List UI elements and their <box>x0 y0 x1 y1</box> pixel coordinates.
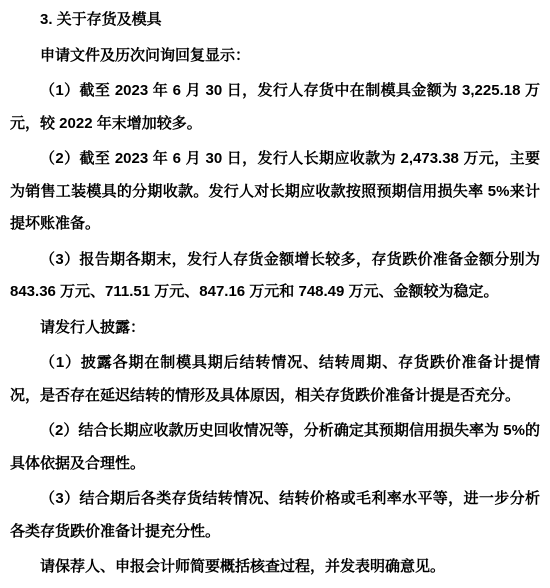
closing-line: 请保荐人、申报会计师简要概括核查过程，并发表明确意见。 <box>10 551 540 584</box>
document-page: 3. 关于存货及模具 申请文件及历次问询回复显示： （1）截至 2023 年 6… <box>0 0 550 588</box>
background-item-3: （3）报告期各期末，发行人存货金额增长较多，存货跌价准备金额分别为 843.36… <box>10 244 540 309</box>
section-heading: 3. 关于存货及模具 <box>10 4 540 37</box>
disclosure-item-3: （3）结合期后各类存货结转情况、结转价格或毛利率水平等，进一步分析各类存货跌价准… <box>10 483 540 548</box>
disclosure-heading: 请发行人披露： <box>10 312 540 345</box>
background-item-2: （2）截至 2023 年 6 月 30 日，发行人长期应收款为 2,473.38… <box>10 143 540 241</box>
background-item-1: （1）截至 2023 年 6 月 30 日，发行人存货中在制模具金额为 3,22… <box>10 75 540 140</box>
intro-line: 申请文件及历次问询回复显示： <box>10 40 540 73</box>
disclosure-item-2: （2）结合长期应收款历史回收情况等，分析确定其预期信用损失率为 5%的具体依据及… <box>10 415 540 480</box>
disclosure-item-1: （1）披露各期在制模具期后结转情况、结转周期、存货跌价准备计提情况，是否存在延迟… <box>10 347 540 412</box>
